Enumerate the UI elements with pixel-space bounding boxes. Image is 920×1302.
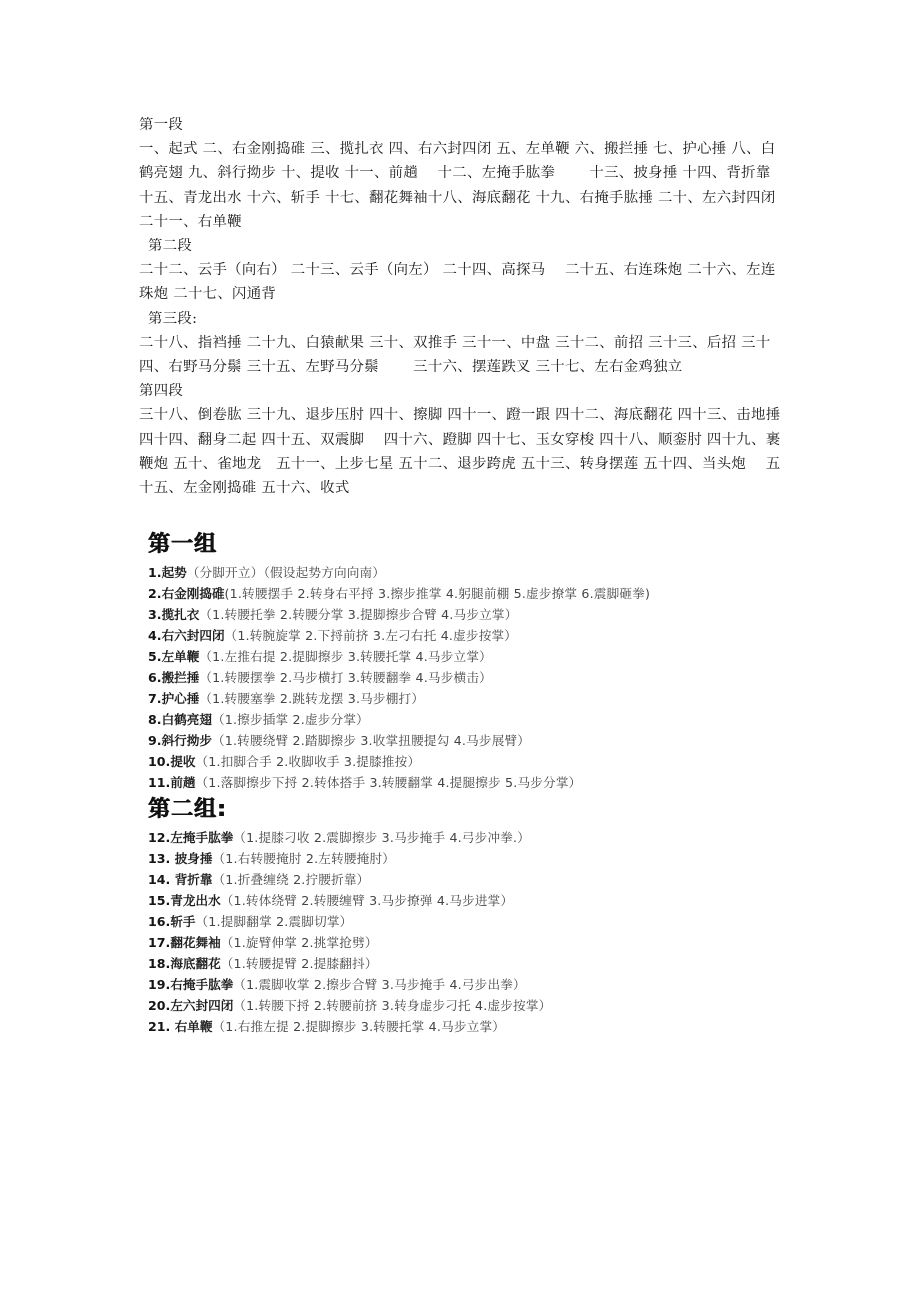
form-detail: （1.左推右提 2.提脚擦步 3.转腰托掌 4.马步立掌） — [199, 649, 492, 664]
form-name: 提收 — [170, 754, 195, 769]
form-item: 15.青龙出水（1.转体绕臂 2.转腰缠臂 3.马步撩弹 4.马步进掌） — [148, 890, 718, 911]
form-item: 16.斩手（1.提脚翻掌 2.震脚切掌） — [148, 911, 718, 932]
form-detail: (1.转腰摆手 2.转身右平捋 3.擦步推掌 4.躬腿前棚 5.虚步撩掌 6.震… — [225, 586, 651, 601]
form-name: 海底翻花 — [170, 956, 220, 971]
form-name: 护心捶 — [162, 691, 200, 706]
segment-title-3: 第三段: — [139, 307, 789, 331]
group-title-2: 第二组: — [148, 795, 718, 827]
form-name: 右六封四闭 — [162, 628, 225, 643]
form-detail: （1.震脚收掌 2.擦步合臂 3.马步掩手 4.弓步出拳） — [233, 977, 526, 992]
document-page: 第一段 一、起式 二、右金刚捣碓 三、揽扎衣 四、右六封四闭 五、左单鞭 六、搬… — [0, 0, 920, 1302]
form-name: 起势 — [162, 565, 187, 580]
form-name: 斩手 — [170, 914, 195, 929]
form-name: 左六封四闭 — [170, 998, 233, 1013]
form-detail: （1.落脚擦步下捋 2.转体搭手 3.转腰翻掌 4.提腿擦步 5.马步分掌） — [196, 775, 582, 790]
form-detail: （1.折叠缠绕 2.拧腰折靠） — [212, 872, 369, 887]
segment-body-1: 一、起式 二、右金刚捣碓 三、揽扎衣 四、右六封四闭 五、左单鞭 六、搬拦捶 七… — [139, 137, 789, 234]
form-name: 青龙出水 — [170, 893, 220, 908]
form-detail: （1.扣脚合手 2.收脚收手 3.提膝推按） — [196, 754, 421, 769]
form-item: 1.起势（分脚开立）（假设起势方向向南） — [148, 562, 718, 583]
form-name: 翻花舞袖 — [170, 935, 220, 950]
form-detail: （1.提膝刁收 2.震脚擦步 3.马步掩手 4.弓步冲拳.） — [233, 830, 530, 845]
form-detail: （1.提脚翻掌 2.震脚切掌） — [196, 914, 353, 929]
form-name: 前趟 — [170, 775, 195, 790]
form-item: 19.右掩手肱拳（1.震脚收掌 2.擦步合臂 3.马步掩手 4.弓步出拳） — [148, 974, 718, 995]
segment-title-1: 第一段 — [139, 113, 789, 137]
form-item: 3.揽扎衣（1.转腰托拳 2.转腰分掌 3.提脚擦步合臂 4.马步立掌） — [148, 604, 718, 625]
form-item: 10.提收（1.扣脚合手 2.收脚收手 3.提膝推按） — [148, 751, 718, 772]
form-name: 左掩手肱拳 — [170, 830, 233, 845]
segment-title-2: 第二段 — [139, 234, 789, 258]
form-detail: （1.右推左提 2.提脚擦步 3.转腰托掌 4.马步立掌） — [212, 1019, 505, 1034]
form-name: 右单鞭 — [170, 1019, 212, 1034]
form-item: 17.翻花舞袖（1.旋臂伸掌 2.挑掌抢劈） — [148, 932, 718, 953]
form-item: 5.左单鞭（1.左推右提 2.提脚擦步 3.转腰托掌 4.马步立掌） — [148, 646, 718, 667]
form-detail: （1.旋臂伸掌 2.挑掌抢劈） — [221, 935, 378, 950]
form-item: 2.右金刚捣碓(1.转腰摆手 2.转身右平捋 3.擦步推掌 4.躬腿前棚 5.虚… — [148, 583, 718, 604]
form-item: 21. 右单鞭（1.右推左提 2.提脚擦步 3.转腰托掌 4.马步立掌） — [148, 1016, 718, 1037]
form-detail: （1.转腰塞拳 2.跳转龙摆 3.马步棚打） — [199, 691, 424, 706]
form-item: 8.白鹤亮翅（1.擦步插掌 2.虚步分掌） — [148, 709, 718, 730]
form-item: 12.左掩手肱拳（1.提膝刁收 2.震脚擦步 3.马步掩手 4.弓步冲拳.） — [148, 827, 718, 848]
scanned-form-breakdown: 第一组 1.起势（分脚开立）（假设起势方向向南） 2.右金刚捣碓(1.转腰摆手 … — [148, 530, 718, 1037]
segment-body-4: 三十八、倒卷肱 三十九、退步压肘 四十、擦脚 四十一、蹬一跟 四十二、海底翻花 … — [139, 403, 789, 500]
form-detail: （1.转腕旋掌 2.下捋前挤 3.左刁右托 4.虚步按掌） — [225, 628, 518, 643]
form-name: 右掩手肱拳 — [170, 977, 233, 992]
form-detail: （1.转体绕臂 2.转腰缠臂 3.马步撩弹 4.马步进掌） — [221, 893, 514, 908]
form-name: 背折靠 — [170, 872, 212, 887]
form-name: 披身捶 — [170, 851, 212, 866]
form-item: 9.斜行拗步（1.转腰绕臂 2.踏脚擦步 3.收掌扭腰提勾 4.马步展臂） — [148, 730, 718, 751]
form-item: 11.前趟（1.落脚擦步下捋 2.转体搭手 3.转腰翻掌 4.提腿擦步 5.马步… — [148, 772, 718, 793]
form-detail: （1.转腰绕臂 2.踏脚擦步 3.收掌扭腰提勾 4.马步展臂） — [212, 733, 530, 748]
form-name: 白鹤亮翅 — [162, 712, 212, 727]
form-detail: （1.右转腰掩肘 2.左转腰掩肘） — [212, 851, 395, 866]
form-detail: （1.转腰摆拳 2.马步横打 3.转腰翻拳 4.马步横击） — [199, 670, 492, 685]
form-item: 6.搬拦捶（1.转腰摆拳 2.马步横打 3.转腰翻拳 4.马步横击） — [148, 667, 718, 688]
form-item: 18.海底翻花（1.转腰提臂 2.提膝翻抖） — [148, 953, 718, 974]
form-item: 13. 披身捶（1.右转腰掩肘 2.左转腰掩肘） — [148, 848, 718, 869]
segment-title-4: 第四段 — [139, 379, 789, 403]
form-name: 揽扎衣 — [162, 607, 200, 622]
segment-body-2: 二十二、云手（向右） 二十三、云手（向左） 二十四、高探马 二十五、右连珠炮 二… — [139, 258, 789, 306]
form-item: 4.右六封四闭（1.转腕旋掌 2.下捋前挤 3.左刁右托 4.虚步按掌） — [148, 625, 718, 646]
form-detail: （分脚开立）（假设起势方向向南） — [187, 565, 385, 580]
form-name: 左单鞭 — [162, 649, 200, 664]
form-detail: （1.擦步插掌 2.虚步分掌） — [212, 712, 369, 727]
form-name: 搬拦捶 — [162, 670, 200, 685]
group-title-1: 第一组 — [148, 530, 718, 562]
form-detail: （1.转腰提臂 2.提膝翻抖） — [221, 956, 378, 971]
segment-body-3: 二十八、指裆捶 二十九、白猿献果 三十、双推手 三十一、中盘 三十二、前招 三十… — [139, 331, 789, 379]
form-item: 14. 背折靠（1.折叠缠绕 2.拧腰折靠） — [148, 869, 718, 890]
form-detail: （1.转腰托拳 2.转腰分掌 3.提脚擦步合臂 4.马步立掌） — [199, 607, 517, 622]
form-name: 斜行拗步 — [162, 733, 212, 748]
form-sequence-list: 第一段 一、起式 二、右金刚捣碓 三、揽扎衣 四、右六封四闭 五、左单鞭 六、搬… — [139, 113, 789, 500]
form-item: 20.左六封四闭（1.转腰下捋 2.转腰前挤 3.转身虚步刁托 4.虚步按掌） — [148, 995, 718, 1016]
form-item: 7.护心捶（1.转腰塞拳 2.跳转龙摆 3.马步棚打） — [148, 688, 718, 709]
form-detail: （1.转腰下捋 2.转腰前挤 3.转身虚步刁托 4.虚步按掌） — [233, 998, 551, 1013]
form-name: 右金刚捣碓 — [162, 586, 225, 601]
